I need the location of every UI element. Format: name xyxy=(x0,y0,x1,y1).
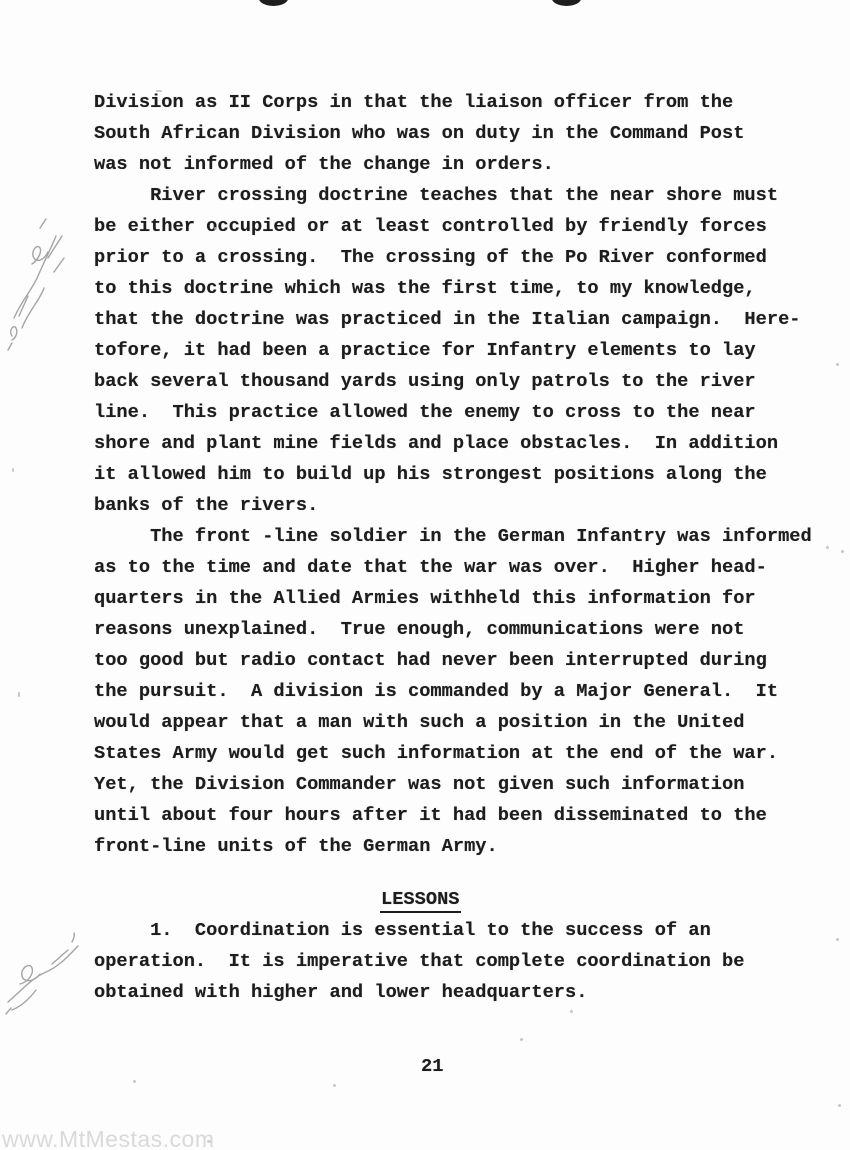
binder-hole-dot xyxy=(259,0,288,6)
binder-hole-dot xyxy=(552,0,581,6)
scan-speck xyxy=(520,1038,523,1041)
body-text: Division as II Corps in that the liaison… xyxy=(94,87,812,862)
scan-speck xyxy=(214,227,217,230)
typed-line: Division as II Corps in that the liaison… xyxy=(94,87,812,118)
scan-speck xyxy=(836,363,839,366)
scan-speck xyxy=(156,90,162,92)
typed-line: front-line units of the German Army. xyxy=(94,831,812,862)
typed-line: was not informed of the change in orders… xyxy=(94,149,812,180)
watermark: www.MtMestas.com xyxy=(2,1126,214,1150)
typed-line: obtained with higher and lower headquart… xyxy=(94,977,744,1008)
scan-speck xyxy=(18,692,20,697)
scan-speck xyxy=(841,550,844,553)
typed-line: prior to a crossing. The crossing of the… xyxy=(94,242,812,273)
typed-line: River crossing doctrine teaches that the… xyxy=(94,180,812,211)
typed-line: States Army would get such information a… xyxy=(94,738,812,769)
typed-line: would appear that a man with such a posi… xyxy=(94,707,812,738)
scan-speck xyxy=(133,1080,136,1083)
typed-line: operation. It is imperative that complet… xyxy=(94,946,744,977)
typed-line: banks of the rivers. xyxy=(94,490,812,521)
typed-line: too good but radio contact had never bee… xyxy=(94,645,812,676)
scan-speck xyxy=(333,1084,336,1087)
scan-speck xyxy=(12,468,14,472)
typed-line: reasons unexplained. True enough, commun… xyxy=(94,614,812,645)
scan-speck xyxy=(570,1010,573,1013)
watermark-speck xyxy=(207,1140,211,1143)
typed-line: shore and plant mine fields and place ob… xyxy=(94,428,812,459)
section-heading-lessons: LESSONS xyxy=(380,888,461,913)
scan-speck xyxy=(836,938,839,941)
typed-line: the pursuit. A division is commanded by … xyxy=(94,676,812,707)
handwritten-margin-annotation xyxy=(0,922,95,1017)
typed-line: be either occupied or at least controlle… xyxy=(94,211,812,242)
typed-line: line. This practice allowed the enemy to… xyxy=(94,397,812,428)
typed-line: to this doctrine which was the first tim… xyxy=(94,273,812,304)
typed-line: Yet, the Division Commander was not give… xyxy=(94,769,812,800)
typed-line: The front -line soldier in the German In… xyxy=(94,521,812,552)
handwritten-margin-annotation xyxy=(0,198,90,363)
typed-line: back several thousand yards using only p… xyxy=(94,366,812,397)
typed-line: that the doctrine was practiced in the I… xyxy=(94,304,812,335)
typed-line: South African Division who was on duty i… xyxy=(94,118,812,149)
typed-line: as to the time and date that the war was… xyxy=(94,552,812,583)
lessons-text: 1. Coordination is essential to the succ… xyxy=(94,915,744,1008)
typed-line: until about four hours after it had been… xyxy=(94,800,812,831)
scanned-page: Division as II Corps in that the liaison… xyxy=(0,0,850,1150)
typed-line: quarters in the Allied Armies withheld t… xyxy=(94,583,812,614)
typed-line: tofore, it had been a practice for Infan… xyxy=(94,335,812,366)
typed-line: it allowed him to build up his strongest… xyxy=(94,459,812,490)
typed-line: 1. Coordination is essential to the succ… xyxy=(94,915,744,946)
scan-speck xyxy=(826,546,829,549)
scan-speck xyxy=(838,1104,841,1107)
page-number: 21 xyxy=(421,1051,443,1082)
